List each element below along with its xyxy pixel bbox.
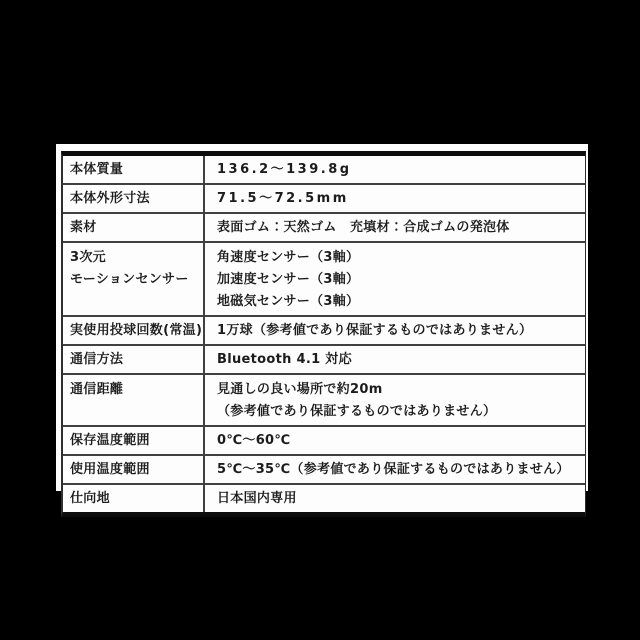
spec-row-dimensions: 本体外形寸法 71.5～72.5mm (63, 185, 585, 214)
spec-value: 71.5～72.5mm (205, 185, 585, 212)
product-spec-image: 本体質量 136.2～139.8g 本体外形寸法 71.5～72.5mm 素材 … (0, 0, 640, 640)
spec-value-line: 加速度センサー（3軸） (217, 269, 581, 291)
spec-value-line: 角速度センサー（3軸） (217, 247, 581, 269)
spec-label: 通信方法 (63, 346, 205, 373)
spec-value-line: （参考値であり保証するものではありません） (217, 401, 581, 423)
spec-value-line: 見通しの良い場所で約20m (217, 379, 581, 401)
spec-sheet: 本体質量 136.2～139.8g 本体外形寸法 71.5～72.5mm 素材 … (56, 144, 588, 491)
spec-value: 表面ゴム：天然ゴム 充填材：合成ゴムの発泡体 (205, 214, 585, 241)
spec-row-operating-temp: 使用温度範囲 5℃～35℃（参考値であり保証するものではありません） (63, 456, 585, 485)
spec-label: 仕向地 (63, 485, 205, 512)
spec-row-destination: 仕向地 日本国内専用 (63, 485, 585, 512)
spec-value: 136.2～139.8g (205, 156, 585, 183)
spec-row-comm-range: 通信距離 見通しの良い場所で約20m （参考値であり保証するものではありません） (63, 375, 585, 427)
spec-row-storage-temp: 保存温度範囲 0℃～60℃ (63, 427, 585, 456)
spec-value: 見通しの良い場所で約20m （参考値であり保証するものではありません） (205, 375, 585, 425)
spec-value: 角速度センサー（3軸） 加速度センサー（3軸） 地磁気センサー（3軸） (205, 243, 585, 315)
spec-row-weight: 本体質量 136.2～139.8g (63, 156, 585, 185)
spec-row-throw-count: 実使用投球回数(常温) 1万球（参考値であり保証するものではありません） (63, 317, 585, 346)
spec-label: 使用温度範囲 (63, 456, 205, 483)
spec-label-line: モーションセンサー (70, 269, 200, 291)
spec-label: 実使用投球回数(常温) (63, 317, 205, 344)
spec-table: 本体質量 136.2～139.8g 本体外形寸法 71.5～72.5mm 素材 … (61, 151, 586, 517)
spec-label: 素材 (63, 214, 205, 241)
spec-label: 保存温度範囲 (63, 427, 205, 454)
spec-value-line: 地磁気センサー（3軸） (217, 291, 581, 313)
spec-row-motion-sensor: 3次元 モーションセンサー 角速度センサー（3軸） 加速度センサー（3軸） 地磁… (63, 243, 585, 317)
spec-row-material: 素材 表面ゴム：天然ゴム 充填材：合成ゴムの発泡体 (63, 214, 585, 243)
spec-label: 通信距離 (63, 375, 205, 425)
spec-value: 5℃～35℃（参考値であり保証するものではありません） (205, 456, 585, 483)
spec-value: 0℃～60℃ (205, 427, 585, 454)
spec-label: 3次元 モーションセンサー (63, 243, 205, 315)
spec-label: 本体質量 (63, 156, 205, 183)
spec-label-line: 3次元 (70, 247, 200, 269)
spec-value: 日本国内専用 (205, 485, 585, 512)
spec-label: 本体外形寸法 (63, 185, 205, 212)
spec-row-comm-method: 通信方法 Bluetooth 4.1 対応 (63, 346, 585, 375)
spec-value: 1万球（参考値であり保証するものではありません） (205, 317, 585, 344)
spec-value: Bluetooth 4.1 対応 (205, 346, 585, 373)
